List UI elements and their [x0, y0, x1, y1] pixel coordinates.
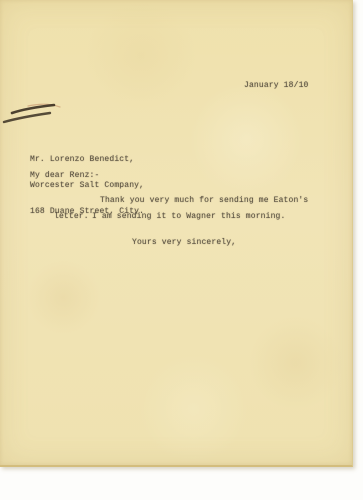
- recipient-name: Mr. Lorenzo Benedict,: [30, 156, 144, 165]
- recipient-company: Worcester Salt Company,: [30, 182, 144, 191]
- scanned-letter-page: January 18/10 Mr. Lorenzo Benedict, Worc…: [0, 0, 363, 500]
- body-line-1: Thank you very much for sending me Eaton…: [100, 197, 308, 206]
- letter-paper: January 18/10 Mr. Lorenzo Benedict, Worc…: [0, 0, 353, 467]
- salutation: My dear Renz:-: [30, 172, 99, 181]
- closing-line: Yours very sincerely,: [132, 239, 236, 248]
- letter-date: January 18/10: [244, 82, 309, 91]
- pencil-check-mark-icon: [2, 98, 66, 132]
- body-line-2-rest: I am sending it to Wagner this morning.: [92, 213, 285, 222]
- body-line-2-hanging-word: letter.: [54, 213, 89, 222]
